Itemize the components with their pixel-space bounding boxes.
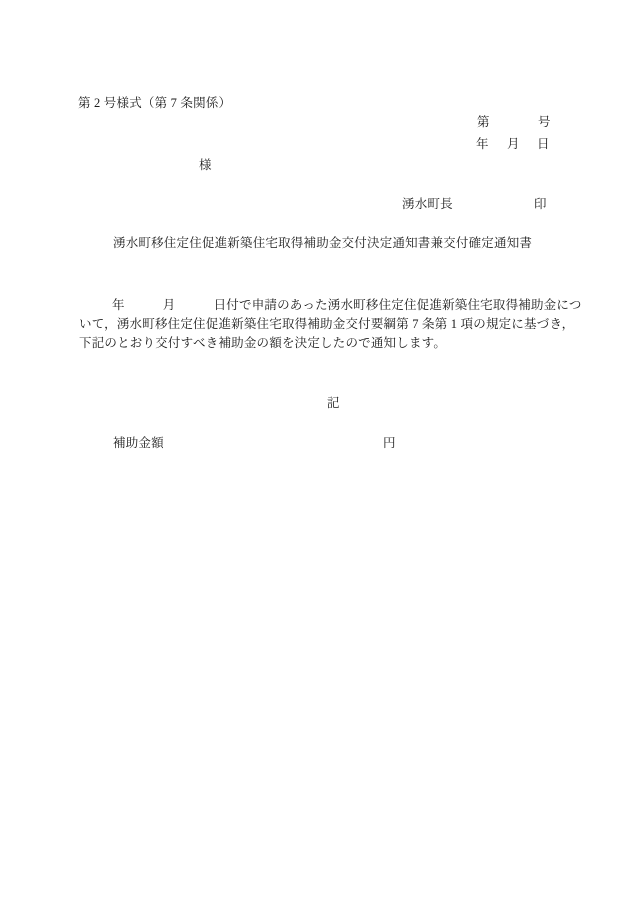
issuer-title: 湧水町長 <box>402 198 453 211</box>
currency-unit-label: 円 <box>383 437 396 450</box>
body-paragraph-line: いて，湧水町移住定住促進新築住宅取得補助金交付要綱第 7 条第 1 項の規定に基… <box>79 318 574 331</box>
form-number-note: 第 2 号様式（第 7 条関係） <box>78 97 231 110</box>
doc-number-suffix: 号 <box>538 116 551 129</box>
document-page: 第 2 号様式（第 7 条関係） 第 号 年 月 日 様 湧水町長 印 湧水町移… <box>0 0 630 903</box>
record-marker: 記 <box>327 397 340 410</box>
document-title: 湧水町移住定住促進新築住宅取得補助金交付決定通知書兼交付確定通知書 <box>113 237 532 250</box>
date-day-label: 日 <box>537 138 550 151</box>
addressee-honorific: 様 <box>199 159 212 172</box>
date-year-label: 年 <box>476 138 489 151</box>
seal-label: 印 <box>534 198 547 211</box>
body-paragraph-line: 下記のとおり交付すべき補助金の額を決定したので通知します。 <box>79 337 446 350</box>
subsidy-amount-label: 補助金額 <box>113 437 164 450</box>
date-month-label: 月 <box>507 138 520 151</box>
doc-number-prefix: 第 <box>477 116 490 129</box>
body-paragraph-line: 年 月 日付で申請のあった湧水町移住定住促進新築住宅取得補助金につ <box>112 299 582 312</box>
